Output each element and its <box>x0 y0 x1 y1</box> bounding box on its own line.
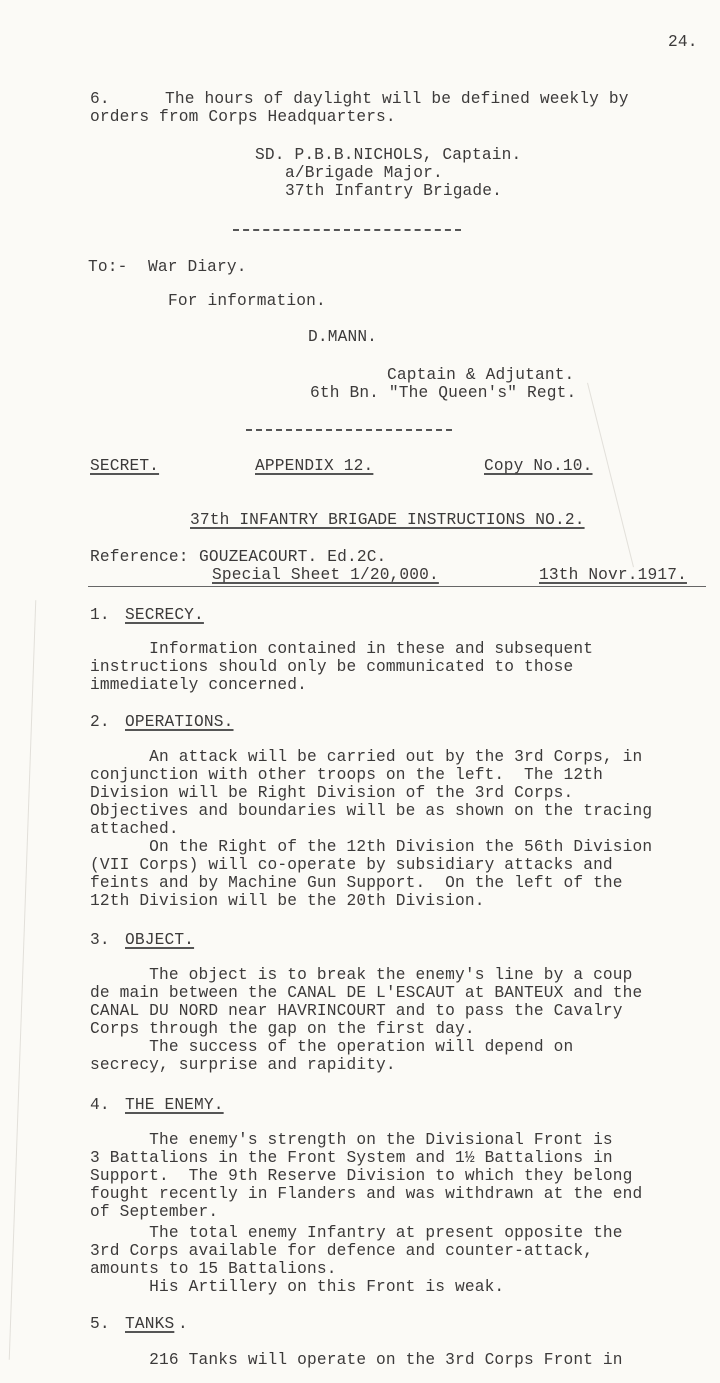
section3-line: de main between the CANAL DE L'ESCAUT at… <box>90 984 642 1002</box>
para6-line1: The hours of daylight will be defined we… <box>165 90 629 108</box>
section4-line: of September. <box>90 1203 218 1221</box>
reference-line2: Special Sheet 1/20,000. <box>212 566 439 584</box>
reference-label: Reference: <box>90 548 189 566</box>
section3-line: secrecy, surprise and rapidity. <box>90 1056 396 1074</box>
section3-number: 3. <box>90 931 110 949</box>
appendix-label: APPENDIX 12. <box>255 457 373 475</box>
section5-heading: TANKS <box>125 1315 174 1333</box>
signature1-line3: 37th Infantry Brigade. <box>285 182 502 200</box>
section2-line: feints and by Machine Gun Support. On th… <box>90 874 623 892</box>
header-underline <box>88 586 706 587</box>
section1-line: Information contained in these and subse… <box>90 640 593 658</box>
section2-number: 2. <box>90 713 110 731</box>
section3-heading: OBJECT. <box>125 931 194 949</box>
section4-line: amounts to 15 Battalions. <box>90 1260 337 1278</box>
section2-line: On the Right of the 12th Division the 56… <box>90 838 652 856</box>
reference-line1: GOUZEACOURT. Ed.2C. <box>199 548 386 566</box>
document-date: 13th Novr.1917. <box>539 566 687 584</box>
adjutant-title2: 6th Bn. "The Queen's" Regt. <box>310 384 576 402</box>
section2-line: Objectives and boundaries will be as sho… <box>90 802 652 820</box>
section4-line: His Artillery on this Front is weak. <box>90 1278 504 1296</box>
section1-number: 1. <box>90 606 110 624</box>
signature1-line1: SD. P.B.B.NICHOLS, Captain. <box>255 146 521 164</box>
section2-heading: OPERATIONS. <box>125 713 234 731</box>
section4-number: 4. <box>90 1096 110 1114</box>
page-number: 24. <box>668 33 698 51</box>
section4-line: 3 Battalions in the Front System and 1½ … <box>90 1149 613 1167</box>
adjutant-name: D.MANN. <box>308 328 377 346</box>
section4-line: 3rd Corps available for defence and coun… <box>90 1242 593 1260</box>
document-page: 24. 6. The hours of daylight will be def… <box>0 0 720 1383</box>
adjutant-title1: Captain & Adjutant. <box>387 366 574 384</box>
section1-line: immediately concerned. <box>90 676 307 694</box>
para6-number: 6. <box>90 90 110 108</box>
section1-line: instructions should only be communicated… <box>90 658 573 676</box>
para6-line2: orders from Corps Headquarters. <box>90 108 396 126</box>
secret-label: SECRET. <box>90 457 159 475</box>
section3-line: The success of the operation will depend… <box>90 1038 573 1056</box>
section2-line: 12th Division will be the 20th Division. <box>90 892 485 910</box>
for-information: For information. <box>168 292 326 310</box>
paper-crease <box>9 600 37 1360</box>
section5-number: 5. <box>90 1315 110 1333</box>
to-value: War Diary. <box>148 258 247 276</box>
section2-line: (VII Corps) will co-operate by subsidiar… <box>90 856 613 874</box>
section4-line: The total enemy Infantry at present oppo… <box>90 1224 623 1242</box>
document-title: 37th INFANTRY BRIGADE INSTRUCTIONS NO.2. <box>190 511 585 529</box>
section5-heading-period: . <box>178 1315 188 1333</box>
divider-rule <box>246 429 452 431</box>
section2-line: An attack will be carried out by the 3rd… <box>90 748 642 766</box>
section4-heading: THE ENEMY. <box>125 1096 224 1114</box>
section4-line: Support. The 9th Reserve Division to whi… <box>90 1167 633 1185</box>
section2-line: Division will be Right Division of the 3… <box>90 784 573 802</box>
section1-heading: SECRECY. <box>125 606 204 624</box>
section5-line: 216 Tanks will operate on the 3rd Corps … <box>90 1351 623 1369</box>
section4-line: fought recently in Flanders and was with… <box>90 1185 642 1203</box>
section3-line: CANAL DU NORD near HAVRINCOURT and to pa… <box>90 1002 623 1020</box>
to-label: To:- <box>88 258 127 276</box>
section2-line: conjunction with other troops on the lef… <box>90 766 603 784</box>
signature1-line2: a/Brigade Major. <box>285 164 443 182</box>
section2-line: attached. <box>90 820 179 838</box>
section3-line: The object is to break the enemy's line … <box>90 966 633 984</box>
section3-line: Corps through the gap on the first day. <box>90 1020 475 1038</box>
section4-line: The enemy's strength on the Divisional F… <box>90 1131 613 1149</box>
copy-number: Copy No.10. <box>484 457 593 475</box>
divider-rule <box>233 229 461 231</box>
paper-crease <box>587 383 634 568</box>
